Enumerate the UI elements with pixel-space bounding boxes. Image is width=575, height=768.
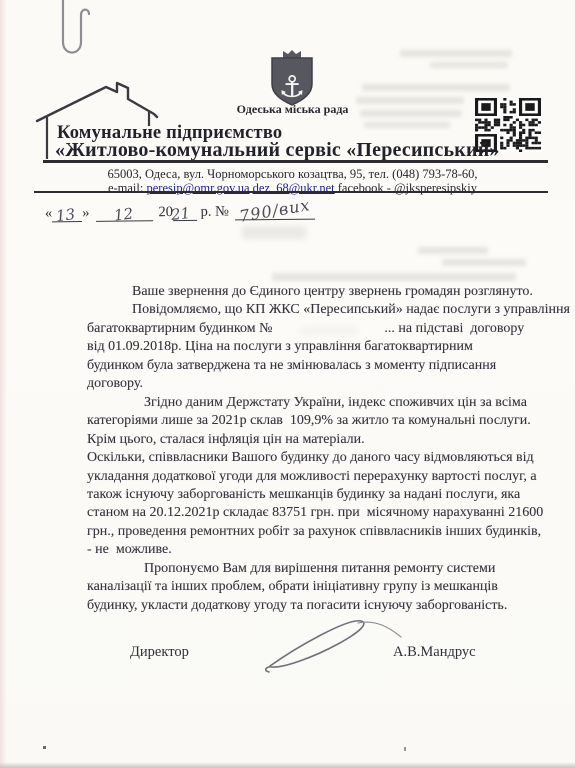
bleed-through-text — [418, 247, 488, 254]
month-blank: 12 — [95, 203, 152, 222]
signature-scribble — [250, 606, 410, 676]
smudge-mark — [242, 226, 306, 239]
body-line: Крім цього, сталася інфляція цін на мате… — [87, 431, 552, 449]
date-line: «13»122021 р. №790/вих — [45, 202, 315, 223]
anchor-icon: ⚓ — [279, 70, 306, 105]
bleed-through-text — [400, 50, 512, 57]
scan-speck — [404, 747, 406, 751]
body-line: Оскільки, співвласники Вашого будинку до… — [87, 449, 552, 467]
body-line: багатоквартирним будинком № ... на підст… — [87, 320, 552, 338]
paperclip-icon — [46, 0, 106, 62]
body-line: договору. — [87, 375, 552, 393]
address-line: 65003, Одеса, вул. Чорноморського козацт… — [45, 168, 540, 181]
council-label: Одеська міська рада — [225, 102, 360, 117]
signature-title: Директор — [130, 644, 189, 661]
org-name-line2: «Житлово-комунальний сервіс «Пересипськи… — [55, 139, 500, 162]
bleed-through-text — [430, 62, 508, 68]
header-rule-top — [43, 160, 548, 163]
address-block: 65003, Одеса, вул. Чорноморського козацт… — [45, 166, 540, 194]
bleed-through-text — [272, 273, 516, 281]
scanned-letter-page: ⚓ Одеська міська рада Комунальне підприє… — [0, 0, 575, 768]
body-line: станом на 20.12.2021р складає 83751 грн.… — [87, 504, 552, 522]
month-value: 12 — [113, 205, 134, 225]
bleed-through-text — [364, 122, 450, 128]
body-line: грн., проведення ремонтних робіт за раху… — [87, 523, 552, 541]
body-line: - не можливе. — [87, 541, 552, 559]
scan-edge-left — [0, 0, 7, 768]
bleed-through-text — [356, 97, 464, 104]
body-line: Пропонуємо Вам для вирішення питання рем… — [87, 560, 552, 578]
number-value: 790/вих — [238, 195, 312, 226]
body-line: каналізації та інших проблем, обрати іні… — [87, 578, 552, 596]
day-blank: 13 — [52, 204, 82, 222]
body-line: Повідомляємо, що КП ЖКС «Пересипський» н… — [87, 301, 552, 319]
bleed-through-text — [442, 259, 526, 266]
day-value: 13 — [55, 205, 76, 225]
body-line: Ваше звернення до Єдиного центру звернен… — [87, 283, 552, 301]
scan-speck — [43, 746, 46, 749]
body-line: будинком була затверджена та не змінювал… — [87, 357, 552, 375]
year-value: 21 — [170, 204, 191, 224]
quote-close: » — [82, 205, 89, 221]
body-line: категоріями лише за 2021р склав 109,9% з… — [87, 412, 552, 430]
number-blank: 790/вих — [235, 202, 315, 221]
signature-name: А.В.Мандрус — [393, 644, 476, 661]
bleed-through-text — [360, 110, 462, 117]
scan-edge-bottom — [0, 762, 575, 768]
body-line: від 01.09.2018р. Ціна на послуги з управ… — [87, 338, 552, 356]
year-r-label: р. — [201, 204, 212, 220]
bleed-through-text — [362, 84, 510, 91]
year-blank: 21 — [173, 203, 197, 221]
crown-icon — [283, 50, 301, 58]
body-line: укладання додаткової угоди для можливост… — [87, 468, 552, 486]
body-text: Ваше звернення до Єдиного центру звернен… — [87, 283, 552, 615]
header-rule-bottom — [34, 191, 548, 193]
body-line: Згідно даним Держстату України, індекс с… — [87, 394, 552, 412]
body-line: також існуючу заборгованість мешканців б… — [87, 486, 552, 504]
number-sign: № — [215, 203, 229, 219]
